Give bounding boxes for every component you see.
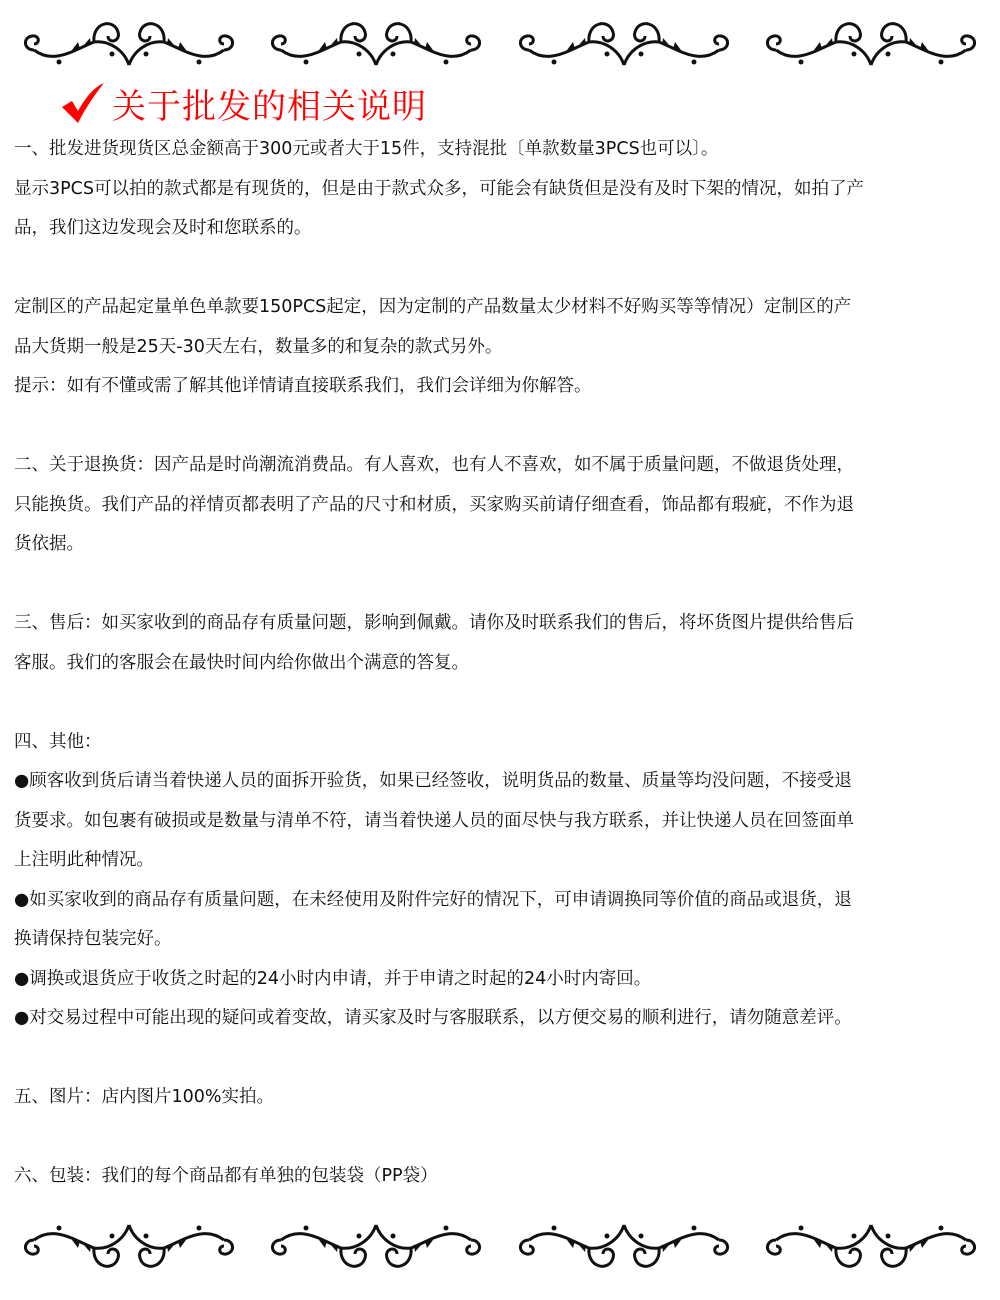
bullet-line: 换请保持包装完好。 (14, 920, 989, 960)
paragraph-line: 提示：如有不懂或需了解其他详情请直接联系我们，我们会详细为你解答。 (14, 367, 989, 407)
flourish-ornament-icon (261, 1210, 491, 1280)
paragraph-line: 定制区的产品起定量单色单款要150PCS起定，因为定制的产品数量太少材料不好购买… (14, 288, 989, 328)
paragraph-line: 五、图片：店内图片100%实拍。 (14, 1078, 989, 1118)
flourish-ornament-icon (509, 1210, 739, 1280)
section-other: 四、其他： ●顾客收到货后请当着快递人员的面拆开验货，如果已经签收，说明货品的数… (14, 723, 989, 1039)
paragraph-line: 一、批发进货现货区总金额高于300元或者大于15件，支持混批〔单款数量3PCS也… (14, 130, 989, 170)
section-packaging: 六、包装：我们的每个商品都有单独的包装袋（PP袋） (14, 1157, 989, 1197)
section-heading: 四、其他： (14, 723, 989, 763)
paragraph-line: 只能换货。我们产品的祥情页都表明了产品的尺寸和材质，买家购买前请仔细查看，饰品都… (14, 486, 989, 526)
section-returns: 二、关于退换货：因产品是时尚潮流消费品。有人喜欢，也有人不喜欢，如不属于质量问题… (14, 446, 989, 565)
bullet-line: 上注明此种情况。 (14, 841, 989, 881)
page-title-row: 关于批发的相关说明 (60, 78, 427, 128)
paragraph-line: 品，我们这边发现会及时和您联系的。 (14, 209, 989, 249)
bottom-ornament-border (0, 1210, 1000, 1280)
flourish-ornament-icon (756, 10, 986, 80)
paragraph-line: 三、售后：如买家收到的商品存有质量问题，影响到佩戴。请你及时联系我们的售后，将坏… (14, 604, 989, 644)
paragraph-line: 客服。我们的客服会在最快时间内给你做出个满意的答复。 (14, 644, 989, 684)
bullet-line: ●顾客收到货后请当着快递人员的面拆开验货，如果已经签收，说明货品的数量、质量等均… (14, 762, 989, 802)
page-title: 关于批发的相关说明 (112, 79, 427, 128)
paragraph-line: 显示3PCS可以拍的款式都是有现货的，但是由于款式众多，可能会有缺货但是没有及时… (14, 170, 989, 210)
bullet-line: 货要求。如包裹有破损或是数量与清单不符，请当着快递人员的面尽快与我方联系，并让快… (14, 802, 989, 842)
document-body: 一、批发进货现货区总金额高于300元或者大于15件，支持混批〔单款数量3PCS也… (14, 130, 989, 1197)
paragraph-line: 货依据。 (14, 525, 989, 565)
flourish-ornament-icon (756, 1210, 986, 1280)
bullet-line: ●调换或退货应于收货之时起的24小时内申请，并于申请之时起的24小时内寄回。 (14, 960, 989, 1000)
section-pictures: 五、图片：店内图片100%实拍。 (14, 1078, 989, 1118)
flourish-ornament-icon (14, 10, 244, 80)
flourish-ornament-icon (261, 10, 491, 80)
bullet-line: ●对交易过程中可能出现的疑问或着变故，请买家及时与客服联系，以方便交易的顺利进行… (14, 999, 989, 1039)
paragraph-line: 六、包装：我们的每个商品都有单独的包装袋（PP袋） (14, 1157, 989, 1197)
paragraph-line: 品大货期一般是25天-30天左右，数量多的和复杂的款式另外。 (14, 328, 989, 368)
flourish-ornament-icon (509, 10, 739, 80)
section-after-sales: 三、售后：如买家收到的商品存有质量问题，影响到佩戴。请你及时联系我们的售后，将坏… (14, 604, 989, 683)
top-ornament-border (0, 10, 1000, 80)
bullet-line: ●如买家收到的商品存有质量问题，在未经使用及附件完好的情况下，可申请调换同等价值… (14, 881, 989, 921)
flourish-ornament-icon (14, 1210, 244, 1280)
paragraph-line: 二、关于退换货：因产品是时尚潮流消费品。有人喜欢，也有人不喜欢，如不属于质量问题… (14, 446, 989, 486)
section-wholesale: 一、批发进货现货区总金额高于300元或者大于15件，支持混批〔单款数量3PCS也… (14, 130, 989, 249)
checkmark-icon (60, 81, 106, 125)
section-custom: 定制区的产品起定量单色单款要150PCS起定，因为定制的产品数量太少材料不好购买… (14, 288, 989, 407)
